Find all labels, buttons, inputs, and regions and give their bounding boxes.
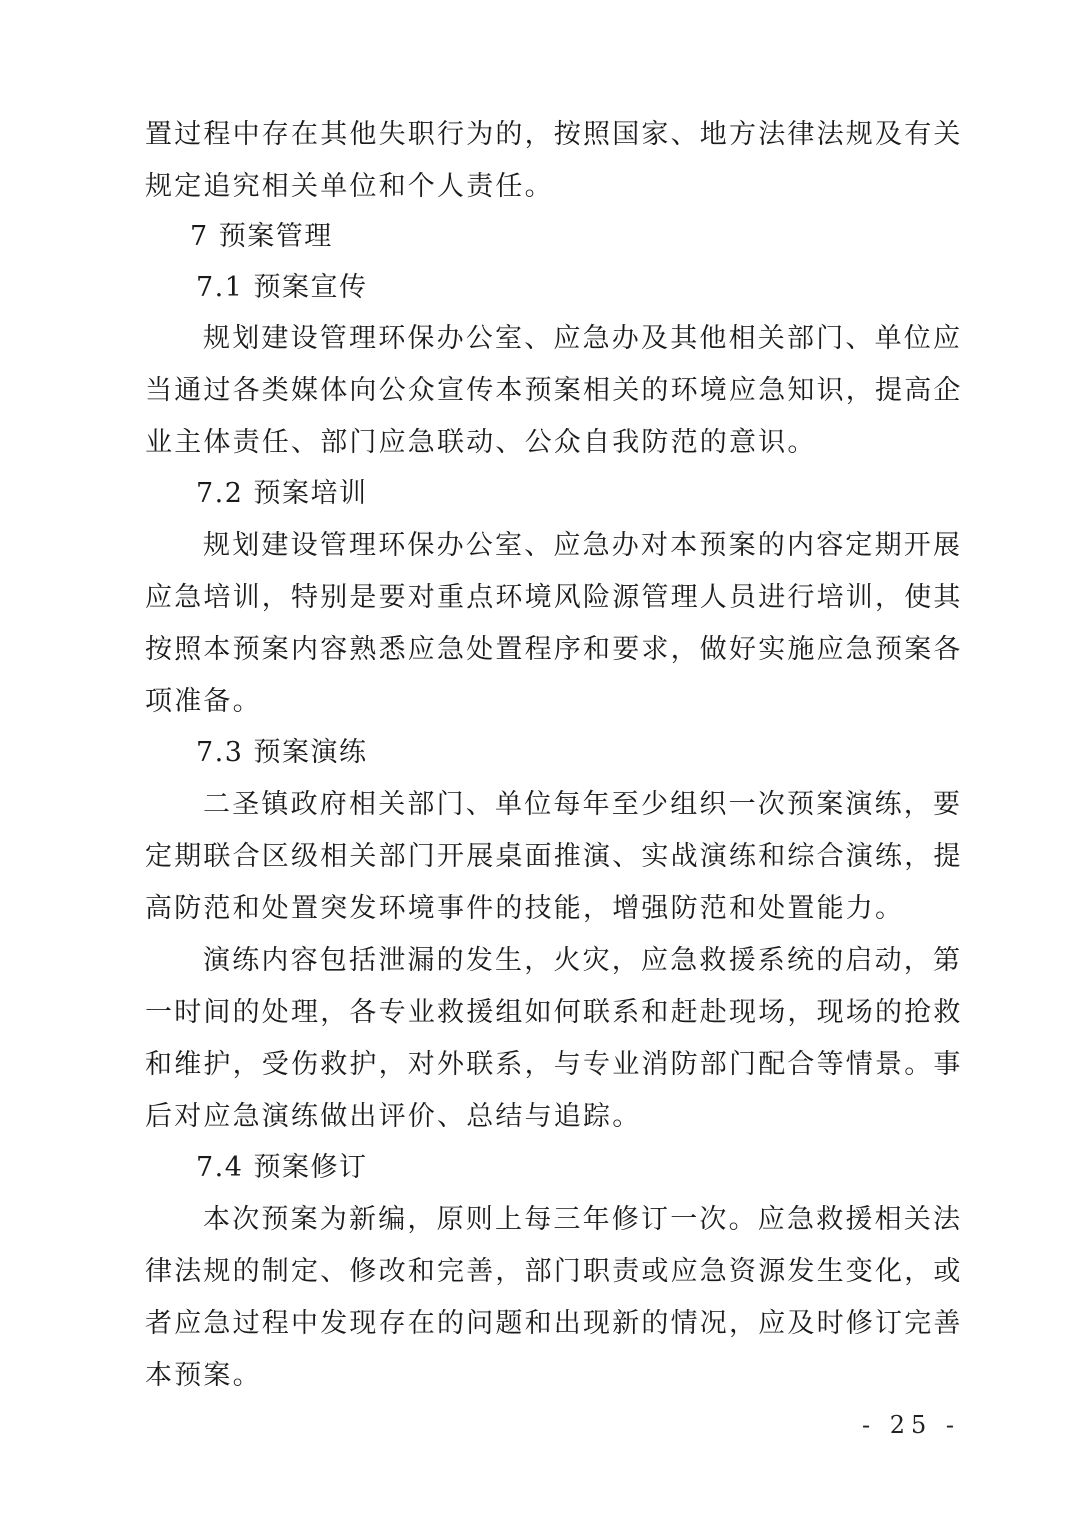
body-line: 律法规的制定、修改和完善，部门职责或应急资源发生变化，或: [145, 1254, 945, 1290]
body-line: 者应急过程中发现存在的问题和出现新的情况，应及时修订完善: [145, 1306, 945, 1342]
section-heading-7-1: 7.1 预案宣传: [196, 270, 996, 306]
body-line: 高防范和处置突发环境事件的技能，增强防范和处置能力。: [145, 891, 945, 927]
section-heading-7-4: 7.4 预案修订: [196, 1150, 996, 1186]
body-line: 当通过各类媒体向公众宣传本预案相关的环境应急知识，提高企: [145, 373, 945, 409]
body-line: 置过程中存在其他失职行为的，按照国家、地方法律法规及有关: [145, 117, 945, 153]
section-heading-7: 7 预案管理: [190, 219, 990, 255]
section-heading-7-2: 7.2 预案培训: [196, 476, 996, 512]
document-page: 置过程中存在其他失职行为的，按照国家、地方法律法规及有关 规定追究相关单位和个人…: [0, 0, 1074, 1520]
body-line: 一时间的处理，各专业救援组如何联系和赶赴现场，现场的抢救: [145, 995, 945, 1031]
paragraph-first-line: 二圣镇政府相关部门、单位每年至少组织一次预案演练，要: [203, 787, 943, 823]
page-number: - 25 -: [862, 1410, 960, 1440]
body-line: 应急培训，特别是要对重点环境风险源管理人员进行培训，使其: [145, 580, 945, 616]
paragraph-first-line: 规划建设管理环保办公室、应急办对本预案的内容定期开展: [203, 528, 943, 564]
paragraph-first-line: 规划建设管理环保办公室、应急办及其他相关部门、单位应: [203, 321, 943, 357]
section-heading-7-3: 7.3 预案演练: [196, 735, 996, 771]
body-line: 和维护，受伤救护，对外联系，与专业消防部门配合等情景。事: [145, 1047, 945, 1083]
body-line: 项准备。: [145, 684, 945, 720]
body-line: 后对应急演练做出评价、总结与追踪。: [145, 1099, 945, 1135]
body-line: 规定追究相关单位和个人责任。: [145, 169, 945, 205]
paragraph-first-line: 本次预案为新编，原则上每三年修订一次。应急救援相关法: [203, 1202, 943, 1238]
body-line: 本预案。: [145, 1358, 945, 1394]
body-line: 定期联合区级相关部门开展桌面推演、实战演练和综合演练，提: [145, 839, 945, 875]
paragraph-first-line: 演练内容包括泄漏的发生，火灾，应急救援系统的启动，第: [203, 943, 943, 979]
body-line: 业主体责任、部门应急联动、公众自我防范的意识。: [145, 425, 945, 461]
body-line: 按照本预案内容熟悉应急处置程序和要求，做好实施应急预案各: [145, 632, 945, 668]
